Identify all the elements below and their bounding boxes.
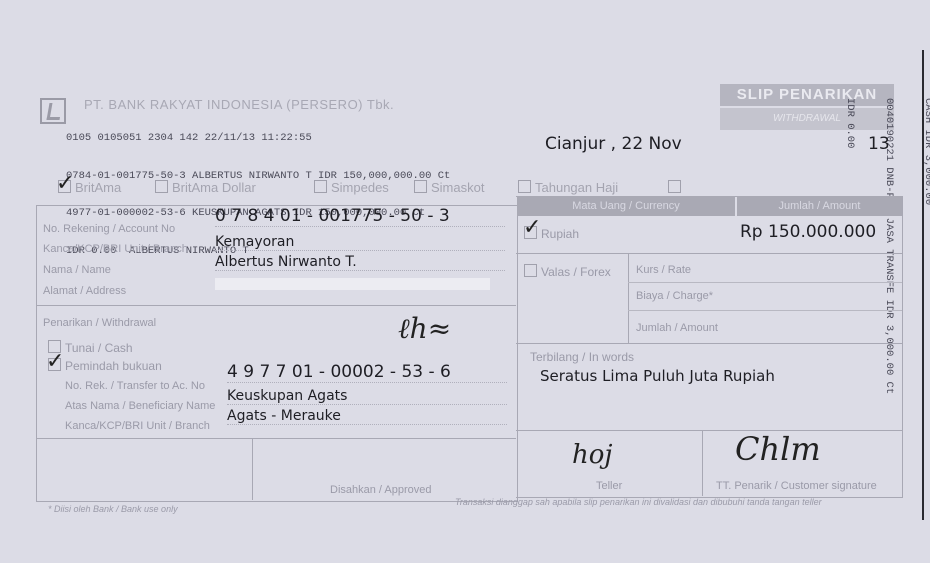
currency-header: Mata Uang / Currency (517, 196, 735, 216)
stamp-line: CASH IDR 3,000.00 (921, 98, 930, 394)
branch-label: Kanca/KCP/BRI Unit / Branch (43, 243, 188, 255)
account-label: No. Rekening / Account No (43, 223, 175, 235)
customer-signature: Chlm (735, 430, 821, 468)
teller-label: Teller (596, 480, 622, 492)
charge-label: Biaya / Charge* (636, 290, 713, 302)
branch-field[interactable]: Kemayoran (215, 234, 505, 251)
total-label: Jumlah / Amount (636, 322, 718, 334)
divider (252, 438, 253, 500)
checkbox-label: Simaskot (431, 180, 484, 195)
checkbox[interactable] (414, 180, 427, 193)
checkmark-icon: ✓ (523, 214, 541, 240)
transfer-account-field[interactable]: 4 9 7 7 01 - 00002 - 53 - 6 (227, 362, 507, 383)
divider (36, 438, 516, 439)
bank-use-note: * Diisi oleh Bank / Bank use only (48, 504, 178, 514)
account-number-field[interactable]: 0 7 8 4 01 - 001775 - 50 - 3 (215, 206, 505, 227)
place-value: Cianjur (545, 134, 605, 154)
account-type-tabungan-haji[interactable]: Tahungan Haji (518, 180, 618, 195)
address-label: Alamat / Address (43, 285, 126, 297)
account-type-other[interactable] (668, 180, 685, 195)
withdrawal-title: Penarikan / Withdrawal (43, 317, 156, 329)
beneficiary-field[interactable]: Keuskupan Agats (227, 388, 507, 405)
account-type-simaskot[interactable]: Simaskot (414, 180, 484, 195)
teller-signature: hoj (572, 440, 612, 470)
transfer-account-label: No. Rek. / Transfer to Ac. No (65, 380, 205, 392)
date-annotation: 13 (868, 134, 890, 154)
bri-logo-icon (40, 98, 66, 124)
valas-option[interactable]: Valas / Forex (524, 264, 611, 279)
rate-label: Kurs / Rate (636, 264, 691, 276)
in-words-field[interactable]: Seratus Lima Puluh Juta Rupiah (540, 367, 775, 385)
approved-label: Disahkan / Approved (330, 484, 432, 496)
transaction-note: Transaksi dianggap sah apabila slip pena… (455, 497, 822, 507)
divider (702, 430, 703, 496)
account-type-britama-dollar[interactable]: BritAma Dollar (155, 180, 256, 195)
checkbox[interactable] (155, 180, 168, 193)
checkbox-label: BritAma Dollar (172, 180, 256, 195)
checkmark-icon: ✓ (56, 170, 74, 196)
amount-field[interactable]: Rp 150.000.000 (740, 222, 876, 242)
checkbox-label: BritAma (75, 180, 121, 195)
stamp-line: 0784-01-001775-50-3 ALBERTUS NIRWANTO T … (66, 170, 450, 183)
transfer-option[interactable]: Pemindah bukuan (48, 358, 162, 373)
checkbox-label: Pemindah bukuan (65, 359, 162, 373)
name-label: Nama / Name (43, 264, 111, 276)
transfer-branch-field[interactable]: Agats - Merauke (227, 408, 507, 425)
divider (628, 253, 629, 343)
checkmark-icon: ✓ (46, 348, 64, 374)
beneficiary-label: Atas Nama / Beneficiary Name (65, 400, 215, 412)
amount-header: Jumlah / Amount (737, 196, 902, 216)
checkbox[interactable] (524, 264, 537, 277)
divider (628, 282, 902, 283)
place-date: Cianjur , 22 Nov (545, 134, 682, 154)
checkbox[interactable] (518, 180, 531, 193)
date-value: 22 Nov (622, 134, 682, 154)
in-words-label: Terbilang / In words (530, 350, 634, 364)
checkbox-label: Tahungan Haji (535, 180, 618, 195)
checkbox[interactable] (668, 180, 681, 193)
transfer-branch-label: Kanca/KCP/BRI Unit / Branch (65, 420, 210, 432)
divider (516, 253, 902, 254)
address-field-redacted[interactable] (215, 278, 490, 290)
stamp-line: 0105 0105051 2304 142 22/11/13 11:22:55 (66, 132, 450, 145)
checkbox-label: Rupiah (541, 227, 579, 241)
divider (628, 310, 902, 311)
divider (36, 305, 516, 306)
divider (516, 343, 902, 344)
initial-signature: ℓh≈ (398, 312, 451, 346)
customer-signature-label: TT. Penarik / Customer signature (716, 480, 877, 492)
divider (516, 430, 902, 431)
account-type-simpedes[interactable]: Simpedes (314, 180, 389, 195)
checkbox[interactable] (314, 180, 327, 193)
checkbox-label: Tunai / Cash (65, 341, 133, 355)
checkbox-label: Simpedes (331, 180, 389, 195)
checkbox-label: Valas / Forex (541, 265, 611, 279)
name-field[interactable]: Albertus Nirwanto T. (215, 254, 505, 271)
